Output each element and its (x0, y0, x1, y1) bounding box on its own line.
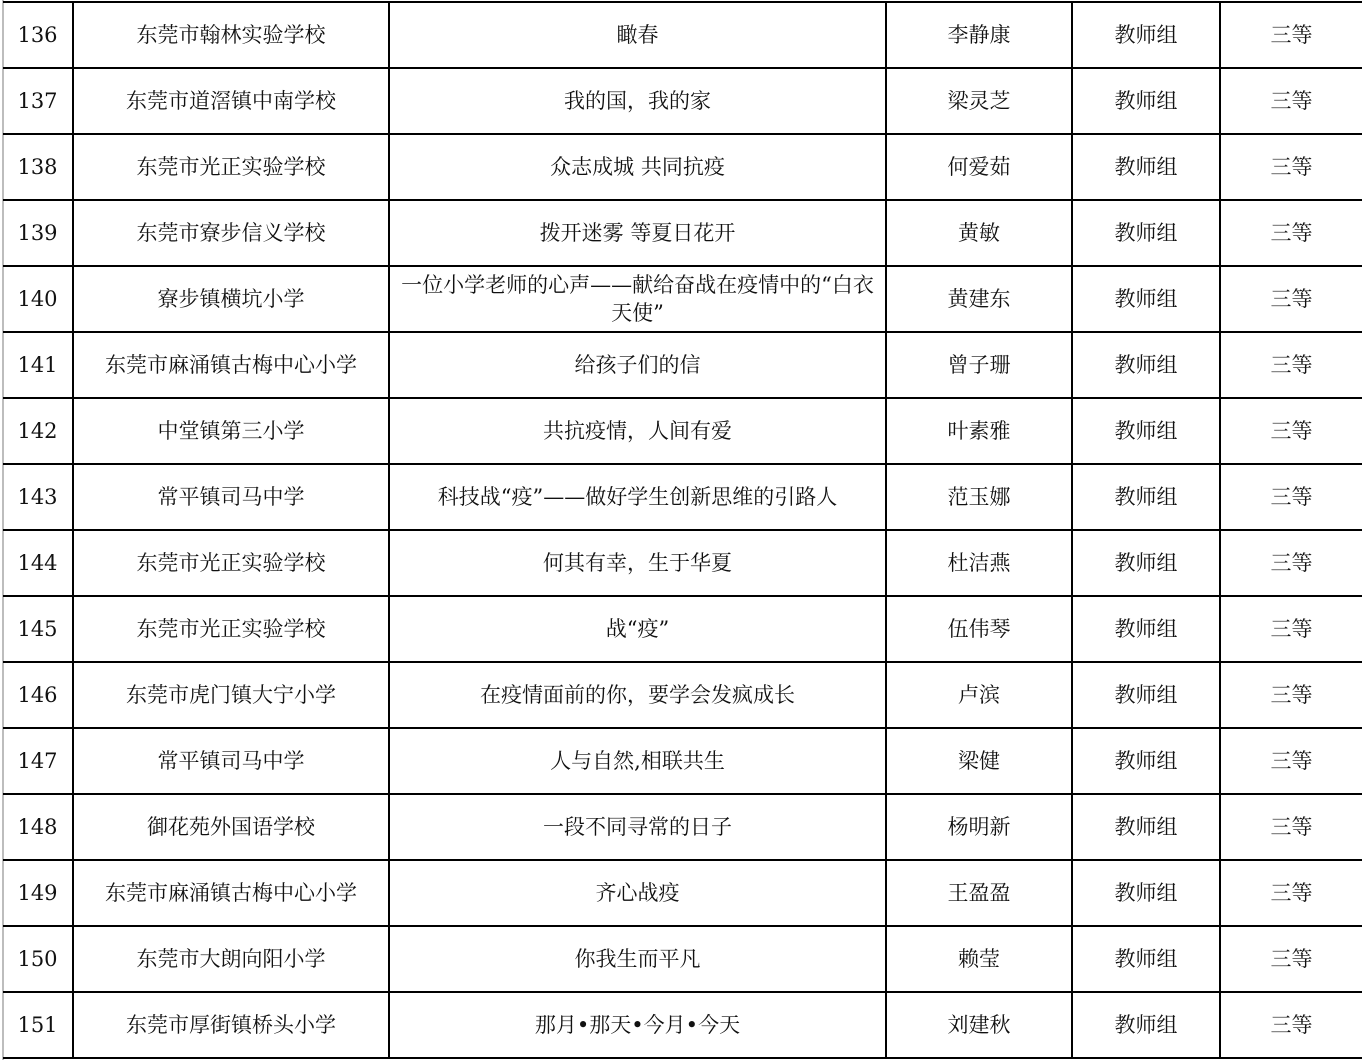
award-grade: 三等 (1220, 530, 1362, 596)
group-category: 教师组 (1072, 398, 1220, 464)
group-category: 教师组 (1072, 662, 1220, 728)
table-row: 137 东莞市道滘镇中南学校 我的国，我的家 梁灵芝 教师组 三等 (3, 68, 1362, 134)
group-category: 教师组 (1072, 794, 1220, 860)
table-row: 145 东莞市光正实验学校 战“疫” 伍伟琴 教师组 三等 (3, 596, 1362, 662)
group-category: 教师组 (1072, 266, 1220, 332)
author-name: 曾子珊 (886, 332, 1072, 398)
work-title: 何其有幸，生于华夏 (389, 530, 886, 596)
award-grade: 三等 (1220, 926, 1362, 992)
table-row: 151 东莞市厚街镇桥头小学 那月•那天•今月•今天 刘建秋 教师组 三等 (3, 992, 1362, 1058)
work-title: 给孩子们的信 (389, 332, 886, 398)
author-name: 杜洁燕 (886, 530, 1072, 596)
school-name: 东莞市翰林实验学校 (73, 2, 389, 68)
work-title: 一位小学老师的心声——献给奋战在疫情中的“白衣天使” (389, 266, 886, 332)
award-grade: 三等 (1220, 68, 1362, 134)
row-number: 137 (3, 68, 73, 134)
table-row: 138 东莞市光正实验学校 众志成城 共同抗疫 何爱茹 教师组 三等 (3, 134, 1362, 200)
table-row: 139 东莞市寮步信义学校 拨开迷雾 等夏日花开 黄敏 教师组 三等 (3, 200, 1362, 266)
school-name: 中堂镇第三小学 (73, 398, 389, 464)
author-name: 王盈盈 (886, 860, 1072, 926)
work-title: 共抗疫情，人间有爱 (389, 398, 886, 464)
document-page: 136 东莞市翰林实验学校 瞰春 李静康 教师组 三等 137 东莞市道滘镇中南… (0, 0, 1364, 1060)
group-category: 教师组 (1072, 926, 1220, 992)
group-category: 教师组 (1072, 530, 1220, 596)
award-grade: 三等 (1220, 992, 1362, 1058)
author-name: 黄敏 (886, 200, 1072, 266)
row-number: 141 (3, 332, 73, 398)
row-number: 147 (3, 728, 73, 794)
table-row: 141 东莞市麻涌镇古梅中心小学 给孩子们的信 曾子珊 教师组 三等 (3, 332, 1362, 398)
row-number: 136 (3, 2, 73, 68)
award-grade: 三等 (1220, 134, 1362, 200)
row-number: 144 (3, 530, 73, 596)
school-name: 东莞市光正实验学校 (73, 134, 389, 200)
award-grade: 三等 (1220, 2, 1362, 68)
group-category: 教师组 (1072, 332, 1220, 398)
awards-table-body: 136 东莞市翰林实验学校 瞰春 李静康 教师组 三等 137 东莞市道滘镇中南… (3, 2, 1362, 1058)
group-category: 教师组 (1072, 200, 1220, 266)
row-number: 142 (3, 398, 73, 464)
row-number: 150 (3, 926, 73, 992)
school-name: 御花苑外国语学校 (73, 794, 389, 860)
work-title: 众志成城 共同抗疫 (389, 134, 886, 200)
awards-table: 136 东莞市翰林实验学校 瞰春 李静康 教师组 三等 137 东莞市道滘镇中南… (3, 1, 1362, 1059)
work-title: 人与自然,相联共生 (389, 728, 886, 794)
school-name: 常平镇司马中学 (73, 464, 389, 530)
school-name: 东莞市大朗向阳小学 (73, 926, 389, 992)
school-name: 常平镇司马中学 (73, 728, 389, 794)
school-name: 东莞市道滘镇中南学校 (73, 68, 389, 134)
school-name: 东莞市寮步信义学校 (73, 200, 389, 266)
table-row: 143 常平镇司马中学 科技战“疫”——做好学生创新思维的引路人 范玉娜 教师组… (3, 464, 1362, 530)
award-grade: 三等 (1220, 200, 1362, 266)
work-title: 一段不同寻常的日子 (389, 794, 886, 860)
author-name: 梁灵芝 (886, 68, 1072, 134)
author-name: 何爱茹 (886, 134, 1072, 200)
work-title: 战“疫” (389, 596, 886, 662)
author-name: 赖莹 (886, 926, 1072, 992)
school-name: 东莞市光正实验学校 (73, 530, 389, 596)
award-grade: 三等 (1220, 860, 1362, 926)
table-row: 136 东莞市翰林实验学校 瞰春 李静康 教师组 三等 (3, 2, 1362, 68)
school-name: 东莞市麻涌镇古梅中心小学 (73, 860, 389, 926)
table-row: 148 御花苑外国语学校 一段不同寻常的日子 杨明新 教师组 三等 (3, 794, 1362, 860)
work-title: 在疫情面前的你，要学会发疯成长 (389, 662, 886, 728)
table-row: 149 东莞市麻涌镇古梅中心小学 齐心战疫 王盈盈 教师组 三等 (3, 860, 1362, 926)
row-number: 139 (3, 200, 73, 266)
row-number: 138 (3, 134, 73, 200)
row-number: 146 (3, 662, 73, 728)
table-row: 150 东莞市大朗向阳小学 你我生而平凡 赖莹 教师组 三等 (3, 926, 1362, 992)
table-row: 144 东莞市光正实验学校 何其有幸，生于华夏 杜洁燕 教师组 三等 (3, 530, 1362, 596)
author-name: 卢滨 (886, 662, 1072, 728)
author-name: 叶素雅 (886, 398, 1072, 464)
work-title: 齐心战疫 (389, 860, 886, 926)
award-grade: 三等 (1220, 662, 1362, 728)
row-number: 140 (3, 266, 73, 332)
row-number: 151 (3, 992, 73, 1058)
award-grade: 三等 (1220, 728, 1362, 794)
award-grade: 三等 (1220, 464, 1362, 530)
work-title: 那月•那天•今月•今天 (389, 992, 886, 1058)
row-number: 148 (3, 794, 73, 860)
work-title: 科技战“疫”——做好学生创新思维的引路人 (389, 464, 886, 530)
work-title: 我的国，我的家 (389, 68, 886, 134)
row-number: 149 (3, 860, 73, 926)
school-name: 寮步镇横坑小学 (73, 266, 389, 332)
school-name: 东莞市光正实验学校 (73, 596, 389, 662)
author-name: 李静康 (886, 2, 1072, 68)
group-category: 教师组 (1072, 68, 1220, 134)
table-row: 142 中堂镇第三小学 共抗疫情，人间有爱 叶素雅 教师组 三等 (3, 398, 1362, 464)
group-category: 教师组 (1072, 860, 1220, 926)
author-name: 伍伟琴 (886, 596, 1072, 662)
row-number: 145 (3, 596, 73, 662)
group-category: 教师组 (1072, 2, 1220, 68)
work-title: 你我生而平凡 (389, 926, 886, 992)
author-name: 刘建秋 (886, 992, 1072, 1058)
author-name: 黄建东 (886, 266, 1072, 332)
row-number: 143 (3, 464, 73, 530)
group-category: 教师组 (1072, 134, 1220, 200)
author-name: 梁健 (886, 728, 1072, 794)
author-name: 杨明新 (886, 794, 1072, 860)
award-grade: 三等 (1220, 596, 1362, 662)
author-name: 范玉娜 (886, 464, 1072, 530)
group-category: 教师组 (1072, 992, 1220, 1058)
award-grade: 三等 (1220, 794, 1362, 860)
award-grade: 三等 (1220, 266, 1362, 332)
group-category: 教师组 (1072, 596, 1220, 662)
table-row: 140 寮步镇横坑小学 一位小学老师的心声——献给奋战在疫情中的“白衣天使” 黄… (3, 266, 1362, 332)
school-name: 东莞市虎门镇大宁小学 (73, 662, 389, 728)
group-category: 教师组 (1072, 728, 1220, 794)
table-row: 146 东莞市虎门镇大宁小学 在疫情面前的你，要学会发疯成长 卢滨 教师组 三等 (3, 662, 1362, 728)
work-title: 拨开迷雾 等夏日花开 (389, 200, 886, 266)
table-row: 147 常平镇司马中学 人与自然,相联共生 梁健 教师组 三等 (3, 728, 1362, 794)
award-grade: 三等 (1220, 332, 1362, 398)
school-name: 东莞市厚街镇桥头小学 (73, 992, 389, 1058)
work-title: 瞰春 (389, 2, 886, 68)
school-name: 东莞市麻涌镇古梅中心小学 (73, 332, 389, 398)
group-category: 教师组 (1072, 464, 1220, 530)
award-grade: 三等 (1220, 398, 1362, 464)
